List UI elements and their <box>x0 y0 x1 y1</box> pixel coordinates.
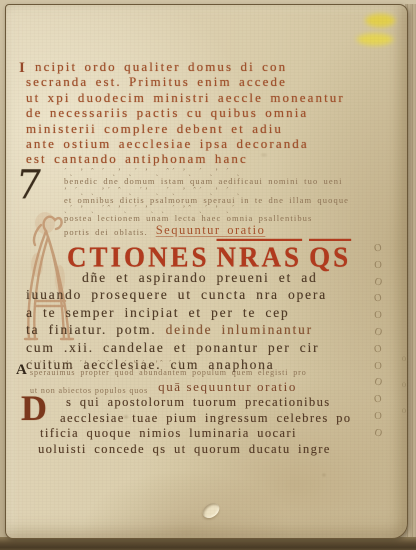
prayer-line: a te semper incipiat et per te cep <box>26 304 382 321</box>
chant-text: portis dei oblatis. Sequuntur oratio <box>64 224 380 237</box>
prayer-line: dñe et aspirando preueni et ad <box>26 269 382 286</box>
rubric-line: ut xpi duodecim ministri aeccle moneantu… <box>26 90 382 105</box>
prayer-line: iuuando prosequere ut cuncta nra opera <box>26 286 382 303</box>
margin-o-mark: O <box>369 341 387 360</box>
neume-marks: ˏˊ ʼ ˎ ˊˆ ʼˏ ˊ ʼˎ ˏ ˊ ʼˆ ˏˊ ʼ ˎˊ <box>64 205 380 213</box>
prayer-text: a te semper incipiat et per te cep <box>26 305 290 320</box>
rubric-line: secranda est. Primitus enim accede <box>26 74 382 89</box>
prayer-line: aecclesiae tuae pium ingressum celebres … <box>26 411 386 427</box>
prayer-text: iuuando prosequere ut cuncta nra opera <box>26 287 327 302</box>
margin-o-mark: O <box>370 258 386 275</box>
parchment-page: I ncipit ordo qualiter domus di con secr… <box>5 4 408 539</box>
antiphon-margin-initial: A <box>16 362 27 379</box>
chant-text: ut non abiectos populos quos <box>30 386 148 395</box>
margin-o-mark: O <box>370 308 386 325</box>
neume-marks: ˊˏ ʼ ˆ ˊ ˏʼ ˎˊ ʼ ˏ ˆˊ ʼˏ ˊ ˎʼ ˊ ˏ <box>64 168 380 176</box>
prayer-text-red: deinde inluminantur <box>166 322 313 337</box>
neume-marks: ʼ ˊˎ ˏ ʼˊ ˆ ˏ ˊʼ ˎ ˊˏ ʼ ˆˊ ˏʼ ˊ ˎ <box>64 187 380 195</box>
edge-mark: o <box>402 379 407 389</box>
prayer-text: dñe et aspirando preueni et ad <box>82 270 318 285</box>
margin-o-mark: O <box>369 290 387 309</box>
margin-o-mark: O <box>369 391 387 410</box>
chant-line: ˏˊ ʼ ˎ ˊˆ ʼˏ ˊ ʼˎ ˏ ˊ ʼˆ ˏˊ ʼ ˎˊ postea … <box>64 205 380 224</box>
margin-o-mark: O <box>369 240 387 259</box>
rubric-line: ncipit ordo qualiter domus di con <box>26 59 382 74</box>
manuscript-photo: I ncipit ordo qualiter domus di con secr… <box>0 0 416 550</box>
chant-text: sperauimus propter quod abundantem popul… <box>30 368 366 378</box>
fore-edge-faint-marks: o o o <box>398 345 410 423</box>
margin-o-mark: O <box>368 424 387 444</box>
edge-mark: o <box>402 353 407 363</box>
rubric-line: de necessariis pactis cu quibus omnia <box>26 105 382 120</box>
prayer-text: cum .xii. candelae et ponantur per cir <box>26 340 319 355</box>
prayer-line: uoluisti concede qs ut quorum ducatu ing… <box>26 442 386 458</box>
parchment-hole <box>200 500 222 521</box>
chant-line: ʼ ˊˎ ˏ ʼˊ ˆ ˏ ˊʼ ˎ ˊˏ ʼ ˆˊ ˏʼ ˊ ˎ et omn… <box>64 187 380 206</box>
antiphon-line-2: ut non abiectos populos quos quā sequunt… <box>30 379 380 395</box>
rubric-line: ministerii complere debent et adiu <box>26 121 382 136</box>
chant-text: benedic dne domum istam quam aedificaui … <box>64 176 380 186</box>
prayer-deus-qui-block: s qui apostolorum tuorum precationibus a… <box>26 395 386 458</box>
rubric-cue-sequitur-oratio: Sequuntur oratio <box>156 224 266 237</box>
chant-text: postea lectionem unam lecta haec omnia p… <box>64 213 380 223</box>
rubric-block: ncipit ordo qualiter domus di con secran… <box>26 59 382 167</box>
prayer-text: ta finiatur. potm. <box>26 322 166 337</box>
prayer-line: s qui apostolorum tuorum precationibus <box>26 395 386 411</box>
antiphon-neumed-line: ˊˏʼ ˆˊ ˏʼˎ ˊʼ ˏˆ ˊʼˏ ˊˎʼ ˊˏ ʼˆ ˊˏʼ spera… <box>30 360 366 378</box>
margin-o-column: O O O O O O O O O O O O <box>370 241 386 443</box>
prayer-actiones-block: dñe et aspirando preueni et ad iuuando p… <box>26 269 382 373</box>
rubric-line: ante ostium aecclesiae ipsa decoranda <box>26 136 382 151</box>
neume-marks: ˊˏʼ ˆˊ ˏʼˎ ˊʼ ˏˆ ˊʼˏ ˊˎʼ ˊˏ ʼˆ ˊˏʼ <box>30 360 366 368</box>
prayer-line: cum .xii. candelae et ponantur per cir <box>26 339 382 356</box>
prayer-line: tificia quoque nimios luminaria uocari <box>26 426 386 442</box>
edge-mark: o <box>402 405 407 415</box>
chant-line: ˊˏ ʼ ˆ ˊ ˏʼ ˎˊ ʼ ˏ ˆˊ ʼˏ ˊ ˎʼ ˊ ˏ benedi… <box>64 168 380 187</box>
rubric-line: est cantando antiphonam hanc <box>26 151 382 166</box>
rubric-initial-letter: I <box>19 60 25 77</box>
chant-text: et omnibus dictis psalmorum speraui in t… <box>64 195 380 205</box>
rubric-cue-qua-sequuntur: quā sequuntur oratio <box>158 379 297 395</box>
margin-o-mark: O <box>370 409 386 426</box>
neumed-chant-block: ˊˏ ʼ ˆ ˊ ˏʼ ˎˊ ʼ ˏ ˆˊ ʼˏ ˊ ˎʼ ˊ ˏ benedi… <box>64 168 380 244</box>
prayer-line: ta finiatur. potm. deinde inluminantur <box>26 321 382 338</box>
yellow-sticker <box>349 10 401 52</box>
